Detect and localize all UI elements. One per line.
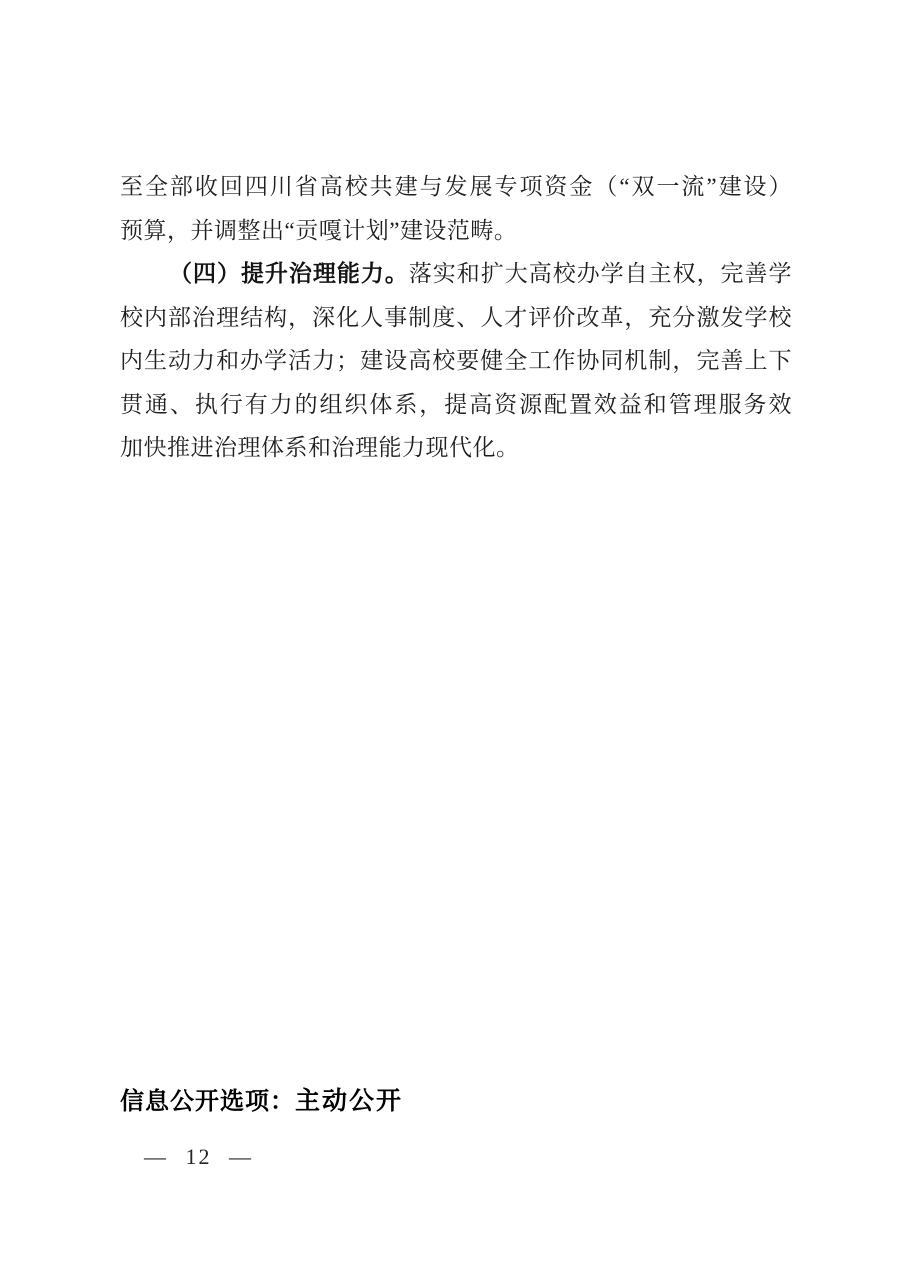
body-run: 至全部收回四川省高校共建与发展专项资金（“双一流”建设）: [120, 174, 792, 199]
text-line-7: 加快推进治理体系和治理能力现代化。: [120, 426, 792, 470]
paragraph-lead-run: （四）提升治理能力。: [169, 261, 409, 286]
text-line-6: 贯通、执行有力的组织体系，提高资源配置效益和管理服务效能，: [120, 383, 792, 427]
text-line-4: 校内部治理结构，深化人事制度、人才评价改革，充分激发学校: [120, 296, 792, 340]
document-page: 至全部收回四川省高校共建与发展专项资金（“双一流”建设）预算，并调整出“贡嘎计划…: [0, 0, 910, 1286]
body-run: 校内部治理结构，深化人事制度、人才评价改革，充分激发学校: [120, 305, 792, 330]
text-line-2: 预算，并调整出“贡嘎计划”建设范畴。: [120, 209, 792, 253]
body-run: 加快推进治理体系和治理能力现代化。: [120, 435, 520, 460]
disclosure-label: 信息公开选项：: [120, 1088, 295, 1115]
text-line-5: 内生动力和办学活力；建设高校要健全工作协同机制，完善上下: [120, 339, 792, 383]
disclosure-value: 主动公开: [295, 1088, 403, 1115]
body-text: 至全部收回四川省高校共建与发展专项资金（“双一流”建设）预算，并调整出“贡嘎计划…: [120, 165, 792, 470]
body-run: 落实和扩大高校办学自主权，完善学: [409, 261, 792, 286]
text-line-3: （四）提升治理能力。落实和扩大高校办学自主权，完善学: [120, 252, 792, 296]
text-line-1: 至全部收回四川省高校共建与发展专项资金（“双一流”建设）: [120, 165, 792, 209]
body-run: 贯通、执行有力的组织体系，提高资源配置效益和管理服务效能，: [120, 392, 792, 427]
body-run: 内生动力和办学活力；建设高校要健全工作协同机制，完善上下: [120, 348, 792, 373]
body-run: 预算，并调整出“贡嘎计划”建设范畴。: [120, 218, 517, 243]
disclosure-footer: 信息公开选项：主动公开: [120, 1086, 403, 1118]
page-number: — 12 —: [144, 1144, 253, 1170]
